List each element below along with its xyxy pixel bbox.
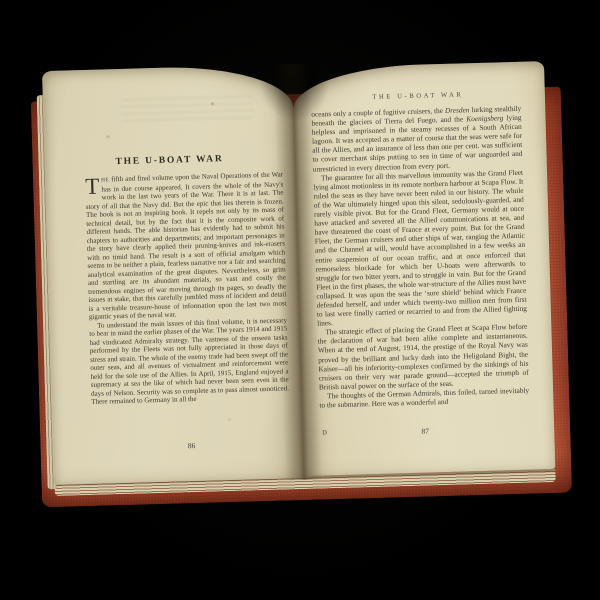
foxing-spot xyxy=(228,418,231,421)
right-page: THE U-BOAT WAR oceans only a couple of f… xyxy=(292,61,555,476)
running-header: THE U-BOAT WAR xyxy=(313,90,523,103)
lead-small-caps: HE xyxy=(101,177,109,183)
left-paragraph-1: THE fifth and final volume upon the Nava… xyxy=(85,170,287,321)
left-paragraph-2: To understand the main issues of this fi… xyxy=(89,316,289,406)
show-through-text xyxy=(121,95,254,127)
page-number-left: 86 xyxy=(92,438,290,453)
right-page-footer: D 87 xyxy=(320,424,530,439)
photo-background: THE U-BOAT WAR THE fifth and final volum… xyxy=(0,0,600,600)
left-page-body: THE fifth and final volume upon the Nava… xyxy=(85,170,289,406)
paragraph-text: fifth and final volume upon the Naval Op… xyxy=(86,170,287,320)
drop-cap: T xyxy=(85,176,102,197)
foxing-spot xyxy=(106,135,110,138)
right-paragraph-3: The strategic effect of placing the Gran… xyxy=(317,322,529,391)
page-number-right: 87 xyxy=(320,424,530,439)
signature-mark: D xyxy=(322,429,327,436)
right-paragraph-1: oceans only a couple of fugitive cruiser… xyxy=(311,104,523,173)
open-book: THE U-BOAT WAR THE fifth and final volum… xyxy=(30,53,572,512)
right-paragraph-2: The guarantee for all this marvellous im… xyxy=(313,167,527,327)
right-page-body: oceans only a couple of fugitive cruiser… xyxy=(311,104,529,410)
foxing-spot xyxy=(211,102,214,105)
chapter-title: THE U-BOAT WAR xyxy=(64,153,274,169)
left-page: THE U-BOAT WAR THE fifth and final volum… xyxy=(42,64,303,485)
